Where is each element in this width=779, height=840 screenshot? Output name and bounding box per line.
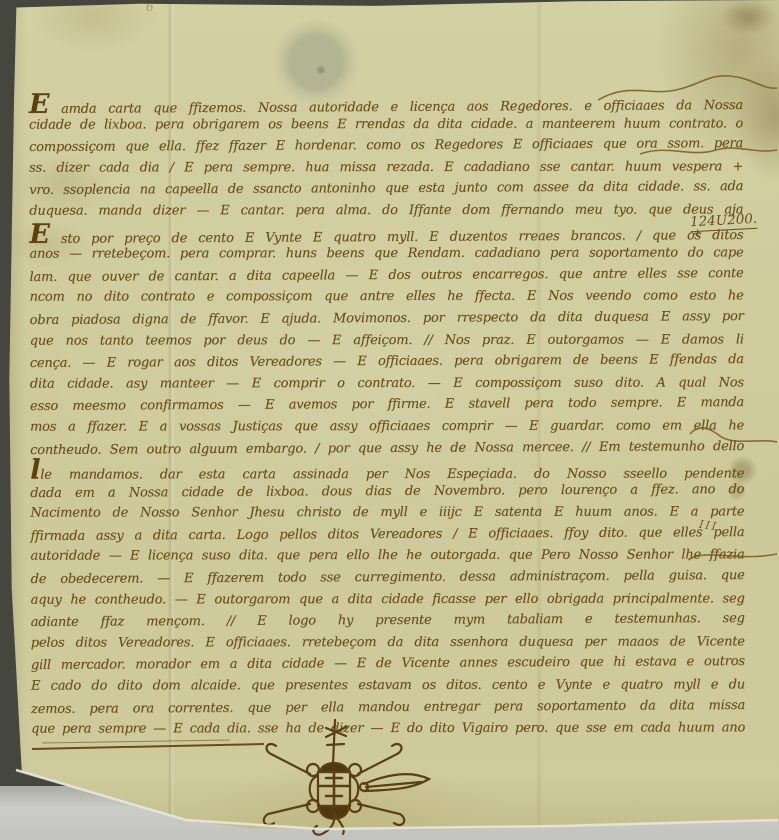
- parchment-sheet: E amda carta que ffizemos. Nossa autorid…: [0, 0, 779, 840]
- manuscript-photo: E amda carta que ffizemos. Nossa autorid…: [0, 0, 779, 840]
- manuscript-line: lam. que ouver de cantar. a dita capeell…: [29, 263, 743, 289]
- margin-tally-mark: III: [698, 518, 719, 534]
- manuscript-line: Nacimento de Nosso Senhor Jhesu christo …: [30, 502, 744, 525]
- manuscript-line: mos a ffazer. E a vossas Justiças que as…: [30, 415, 744, 438]
- manuscript-line: obra piadosa digna de ffavor. E ajuda. M…: [30, 306, 744, 332]
- manuscript-line: contheudo. Sem outro alguum embargo. / p…: [30, 436, 744, 462]
- manuscript-line: E sto por preço de cento E Vynte E quatr…: [29, 220, 743, 246]
- manuscript-line: ss. dizer cada dia / E pera sempre. hua …: [29, 156, 743, 179]
- manuscript-line: ncom no dito contrato e compossiçom que …: [30, 286, 744, 309]
- manuscript-line: cidade de lixboa. pera obrigarem os been…: [29, 113, 743, 136]
- manuscript-line: aquy he contheudo. — E outorgarom que a …: [31, 588, 745, 611]
- manuscript-line: autoridade — E licença suso dita. que pe…: [30, 545, 744, 568]
- manuscript-line: E cado do dito dom alcaide. que presente…: [31, 674, 745, 697]
- manuscript-line: vro. ssoplencia na capeella de ssancto a…: [29, 176, 743, 202]
- manuscript-line: que nos tanto teemos por deus do — E aff…: [30, 329, 744, 352]
- manuscript-line: duquesa. manda dizer — E cantar. pera al…: [29, 199, 743, 222]
- manuscript-line: lle mandamos. dar esta carta assinada pe…: [30, 458, 744, 481]
- text-block: E amda carta que ffizemos. Nossa autorid…: [29, 91, 745, 741]
- manuscript-line: adiante ffaz mençom. // E logo hy presen…: [31, 608, 745, 634]
- manuscript-line: dada em a Nossa cidade de lixboa. dous d…: [30, 479, 744, 505]
- manuscript-line: anos — rretebeçom. pera comprar. huns be…: [29, 243, 743, 266]
- manuscript-line: de obedecerem. — E ffazerem todo sse cur…: [31, 565, 745, 591]
- quire-mark: 6: [146, 0, 154, 14]
- manuscript-line: cença. — E rogar aos ditos Vereadores — …: [30, 349, 744, 375]
- margin-cross-mark: +: [692, 226, 703, 241]
- notarial-sign-cross-icon: [233, 716, 435, 836]
- manuscript-line: esso meesmo confirmamos — E avemos por f…: [30, 392, 744, 418]
- manuscript-line: E amda carta que ffizemos. Nossa autorid…: [29, 90, 743, 116]
- manuscript-line: gill mercador. morador em a dita cidade …: [31, 651, 745, 677]
- manuscript-line: dita cidade. asy manteer — E comprir o c…: [30, 372, 744, 395]
- manuscript-line: compossiçom que ella. ffez ffazer E hord…: [29, 133, 743, 159]
